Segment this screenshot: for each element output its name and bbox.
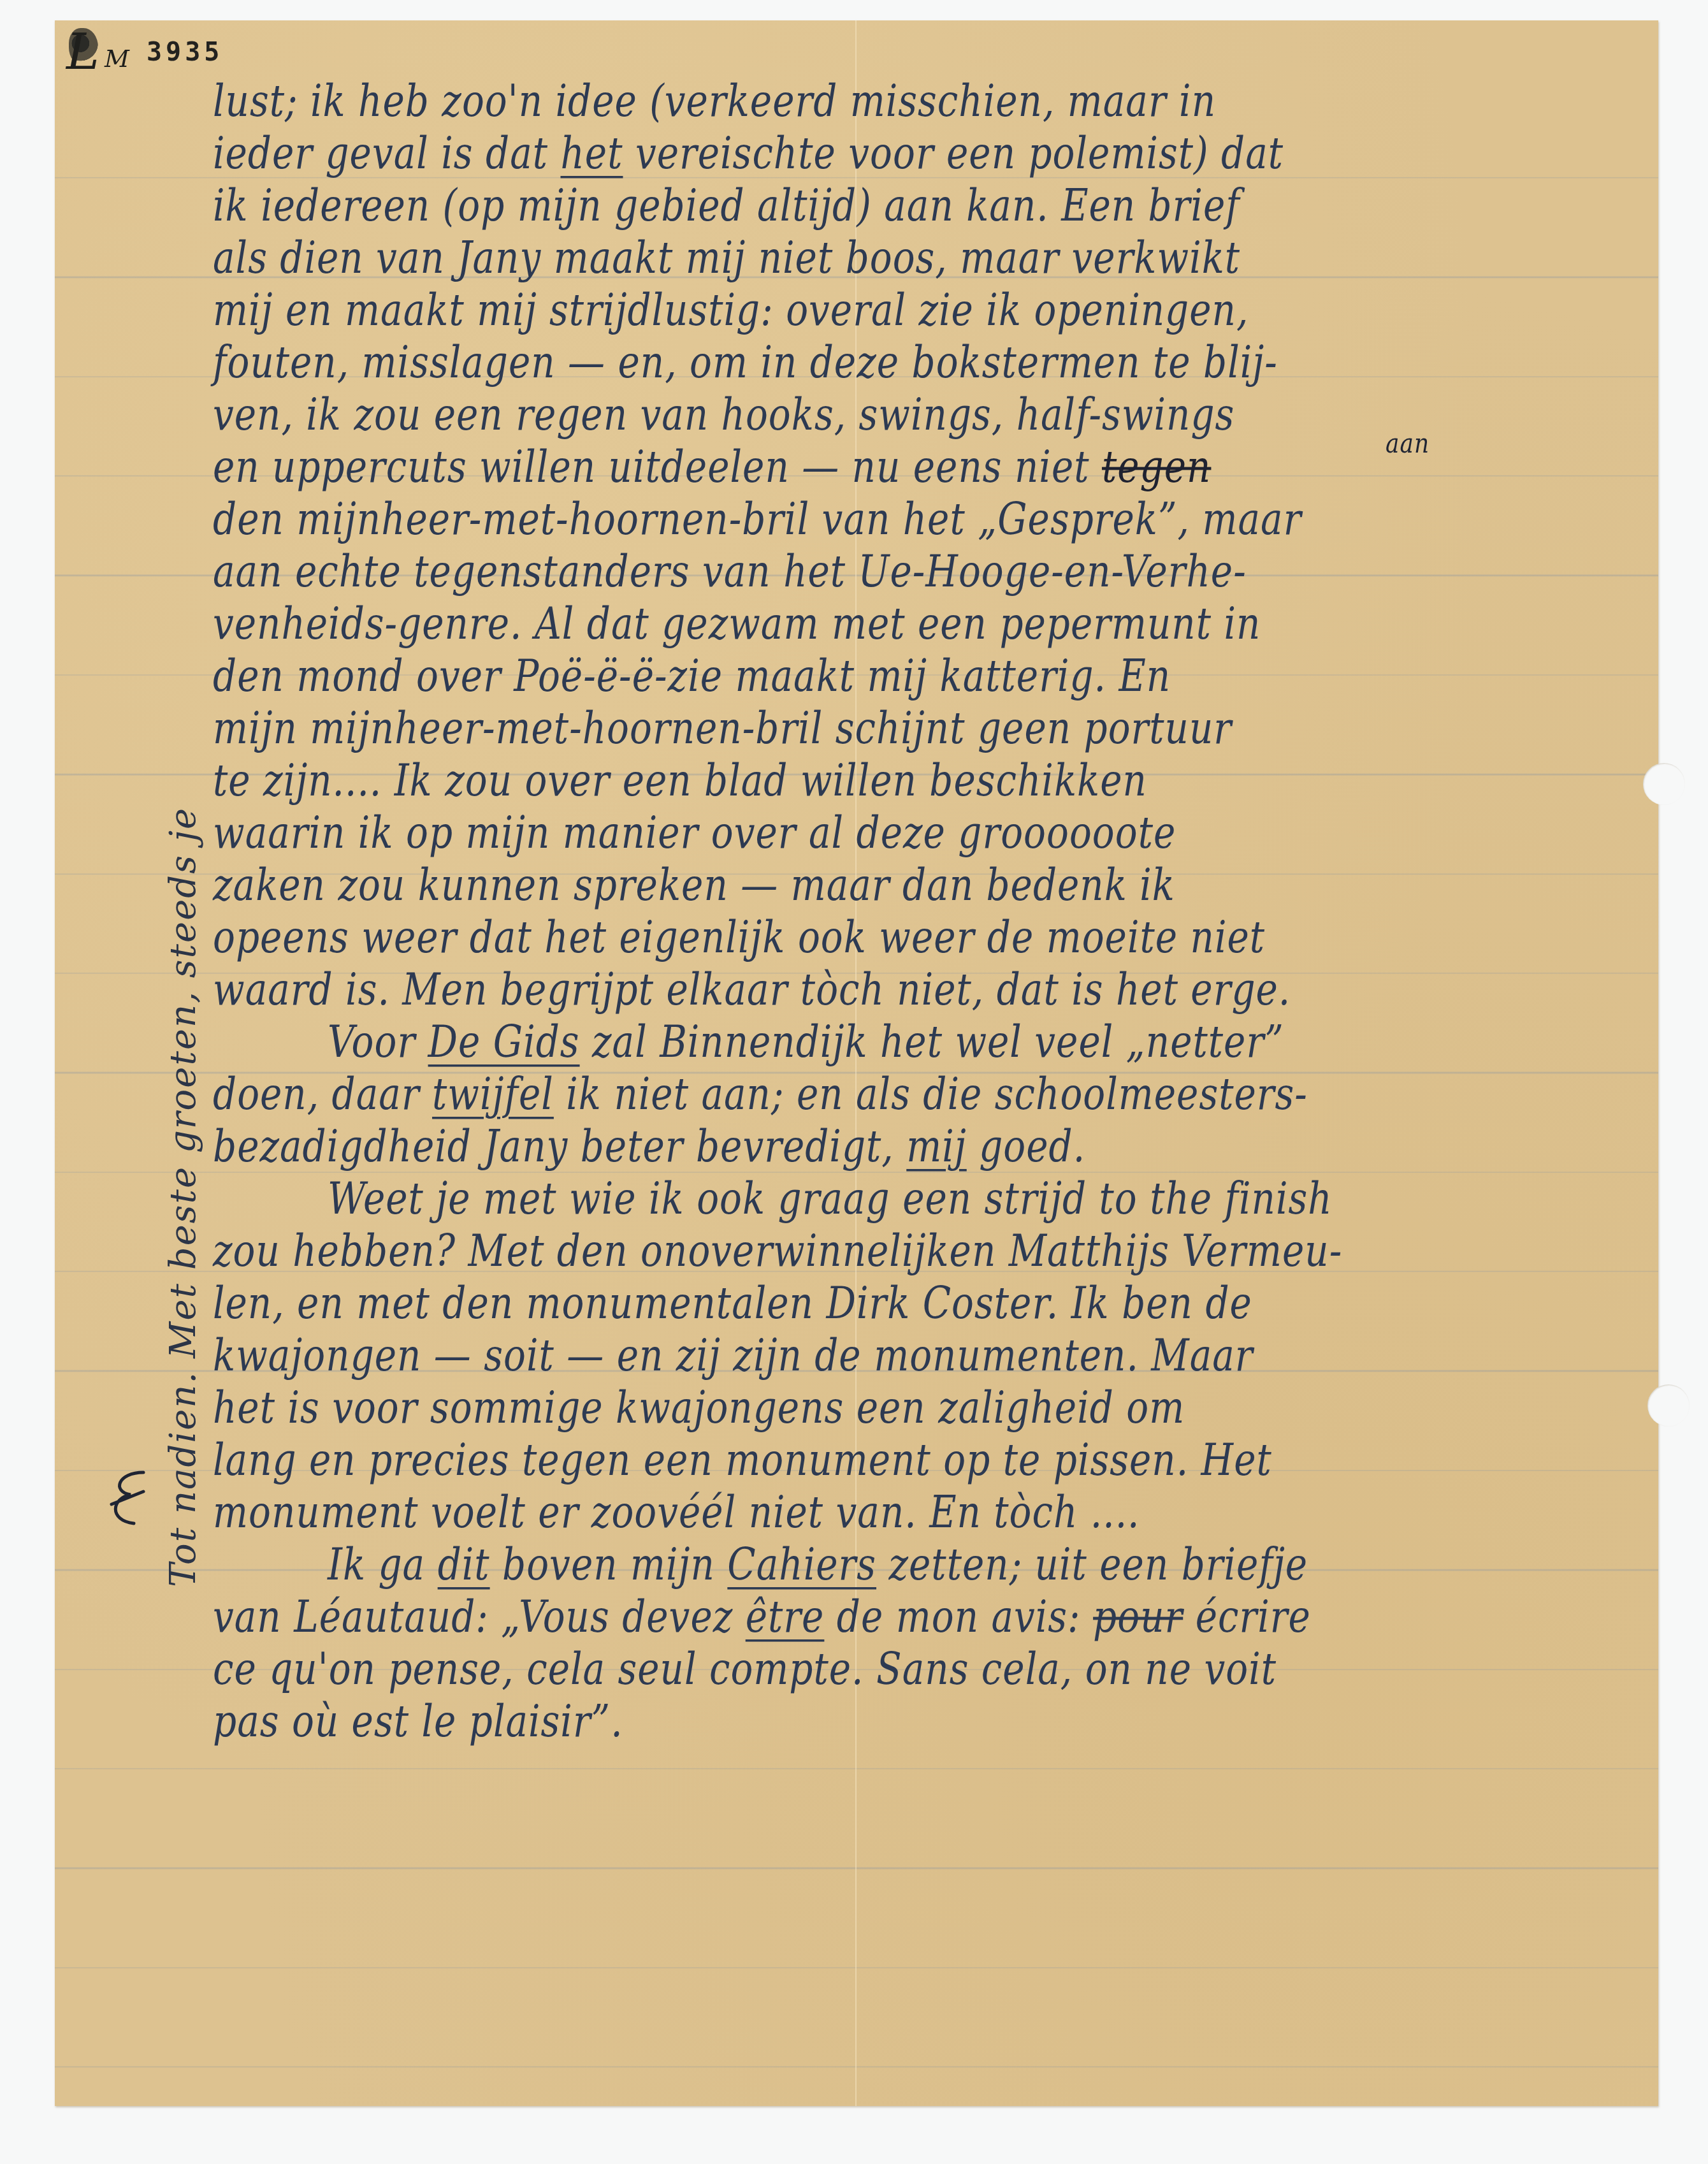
struck-word: pour [1093, 1592, 1183, 1643]
underlined-word: être [746, 1592, 825, 1643]
underlined-word: mij [906, 1121, 967, 1172]
archive-stamp: L M 3935 [66, 27, 223, 78]
text-line: pas où est le plaisir”. [213, 1690, 1634, 1752]
underlined-title: De Gids [428, 1017, 580, 1068]
underlined-word: dit [438, 1539, 490, 1590]
punch-hole-bottom [1647, 1384, 1690, 1427]
underlined-word: het [560, 128, 623, 179]
margin-closing-note: Tot nadien. Met beste groeten, steeds je [163, 807, 204, 1587]
inserted-word: aan [1386, 414, 1429, 476]
underlined-title: Cahiers [727, 1539, 876, 1590]
signature-initial-icon [105, 1466, 150, 1543]
punch-hole-top [1643, 763, 1685, 805]
struck-word: tegen [1102, 442, 1211, 493]
monogram-stamp-icon: L M [66, 27, 130, 78]
archive-number: 3935 [147, 38, 223, 67]
underlined-word: twijfel [432, 1069, 554, 1120]
letter-body: lust; ik heb zoo'n idee (verkeerd missch… [213, 80, 1634, 1752]
